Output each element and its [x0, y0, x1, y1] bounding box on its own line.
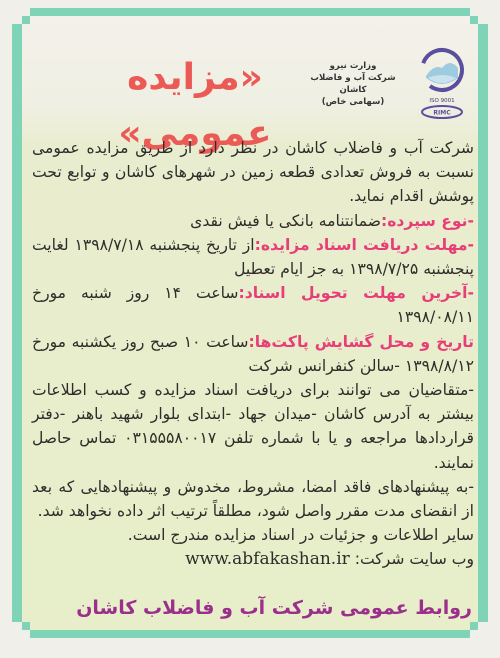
website-label: وب سایت شرکت:: [355, 550, 474, 568]
frame-corner-step: [22, 16, 30, 24]
rejection-paragraph: -به پیشنهادهای فاقد امضا، مشروط، مخدوش و…: [32, 475, 474, 523]
deposit-value: ضمانتنامه بانکی یا فیش نقدی: [190, 212, 381, 230]
docs-deadline: -مهلت دریافت اسناد مزایده:از تاریخ پنجشن…: [32, 233, 474, 281]
submission-deadline: -آخرین مهلت تحویل اسناد:ساعت ۱۴ روز شنبه…: [32, 281, 474, 329]
signature: روابط عمومی شرکت آب و فاضلاب کاشان: [36, 594, 472, 622]
water-company-logo-icon: ISO 9001 RIMC: [418, 46, 466, 132]
opening-label: تاریخ و محل گشایش پاکت‌ها:: [249, 333, 475, 351]
company-type: (سهامی خاص): [298, 96, 408, 108]
intro-paragraph: شرکت آب و فاضلاب کاشان در نظر دارد از طر…: [32, 136, 474, 209]
opening-info: تاریخ و محل گشایش پاکت‌ها:ساعت ۱۰ صبح رو…: [32, 330, 474, 378]
notice-header: «مزایده عمومی» وزارت نیرو شرکت آب و فاضل…: [30, 24, 470, 114]
deposit-label: -نوع سپرده:: [381, 212, 474, 230]
svg-text:RIMC: RIMC: [433, 110, 451, 117]
frame-corner-step: [22, 622, 30, 630]
notice-body: شرکت آب و فاضلاب کاشان در نظر دارد از طر…: [32, 136, 474, 572]
other-info: سایر اطلاعات و جزئیات در اسناد مزایده من…: [32, 523, 474, 547]
ministry-name: وزارت نیرو: [298, 60, 408, 72]
frame-corner-step: [470, 16, 478, 24]
website-line: وب سایت شرکت: www.abfakashan.ir: [32, 547, 474, 571]
company-name: شرکت آب و فاضلاب کاشان: [298, 72, 408, 96]
deposit-type: -نوع سپرده:ضمانتنامه بانکی یا فیش نقدی: [32, 209, 474, 233]
contact-paragraph: -متقاضیان می توانند برای دریافت اسناد مز…: [32, 378, 474, 475]
frame-border-left: [12, 24, 22, 622]
frame-border-right: [478, 24, 488, 622]
frame-border-bottom: [30, 630, 470, 638]
frame-corner-step: [470, 622, 478, 630]
website-link[interactable]: www.abfakashan.ir: [185, 549, 350, 569]
frame-border-top: [30, 8, 470, 16]
svg-text:ISO 9001: ISO 9001: [429, 98, 454, 104]
submission-deadline-label: -آخرین مهلت تحویل اسناد:: [238, 284, 474, 302]
organization-name: وزارت نیرو شرکت آب و فاضلاب کاشان (سهامی…: [298, 60, 408, 108]
docs-deadline-label: -مهلت دریافت اسناد مزایده:: [255, 236, 474, 254]
